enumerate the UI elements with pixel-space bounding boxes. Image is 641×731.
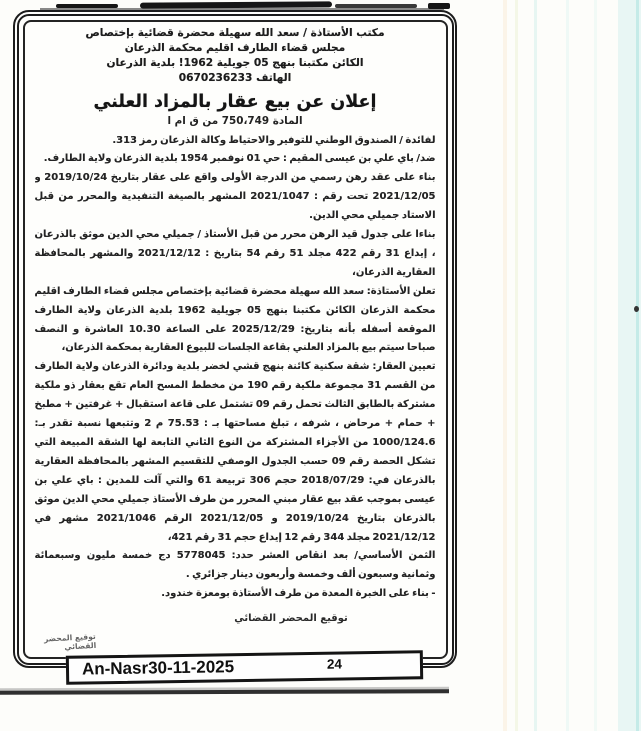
body-paragraph: لفائدة / الصندوق الوطني للتوفير والاحتيا… xyxy=(35,132,436,151)
scan-stripe xyxy=(618,0,641,731)
scan-stripe xyxy=(503,0,507,731)
scan-speck xyxy=(634,306,639,312)
scan-stripe xyxy=(594,0,597,731)
bailiff-signature-line: توقيع المحضر القضائي xyxy=(81,613,448,624)
body-paragraph: ضد/ باي علي بن عيسى المقيم : حي 01 نوفمب… xyxy=(35,150,436,169)
newspaper-name-date: An-Nasr30-11-2025 xyxy=(82,657,234,679)
scan-stripe xyxy=(534,0,537,731)
body-paragraph: بناءا على جدول قيد الرهن محرر من قبل الأ… xyxy=(35,226,436,283)
page-number: 24 xyxy=(327,656,342,671)
newspaper-footer-box: An-Nasr30-11-2025 24 xyxy=(66,650,423,685)
torn-edge-mark xyxy=(335,4,417,8)
office-line: مجلس قضاء الطارف اقليم محكمة الذرعان xyxy=(35,41,436,56)
frame-border-inner: مكتب الأستاذة / سعد الله سهيلة محضرة قضا… xyxy=(23,20,448,659)
office-line: مكتب الأستاذة / سعد الله سهيلة محضرة قضا… xyxy=(35,26,436,41)
office-line: الهاتف 0670236233 xyxy=(35,71,436,86)
bottom-rule xyxy=(0,689,449,694)
body-paragraph: - بناء على الخبرة المعدة من طرف الأستاذة… xyxy=(35,585,436,603)
scan-stripe xyxy=(636,0,639,731)
scan-stripe xyxy=(515,0,518,731)
scanned-newspaper-notice: { "colors": { "paper": "#fdfdfa", "ink":… xyxy=(0,0,641,731)
body-paragraph: بناء على عقد رهن رسمي من الدرجة الأولى و… xyxy=(35,169,436,226)
body-paragraph: تعيين العقار: شقة سكنية كائنة بنهج قشي ل… xyxy=(35,358,436,547)
notice-body: لفائدة / الصندوق الوطني للتوفير والاحتيا… xyxy=(35,132,436,604)
body-paragraph: الثمن الأساسي/ بعد انقاص العشر حدد: 5778… xyxy=(35,547,436,585)
office-header: مكتب الأستاذة / سعد الله سهيلة محضرة قضا… xyxy=(35,26,436,86)
frame-border-mid: مكتب الأستاذة / سعد الله سهيلة محضرة قضا… xyxy=(17,14,454,665)
scan-stripe xyxy=(566,0,569,731)
office-line: الكائن مكتبنا بنهج 05 جويلية 1962! بلدية… xyxy=(35,56,436,71)
body-paragraph: تعلن الأستاذة: سعد الله سهيلة محضرة قضائ… xyxy=(35,283,436,359)
notice-frame: مكتب الأستاذة / سعد الله سهيلة محضرة قضا… xyxy=(13,10,457,668)
notice-title: إعلان عن بيع عقار بالمزاد العلني xyxy=(35,92,436,112)
article-reference: المادة 750،749 من ق ام ا xyxy=(35,115,436,127)
